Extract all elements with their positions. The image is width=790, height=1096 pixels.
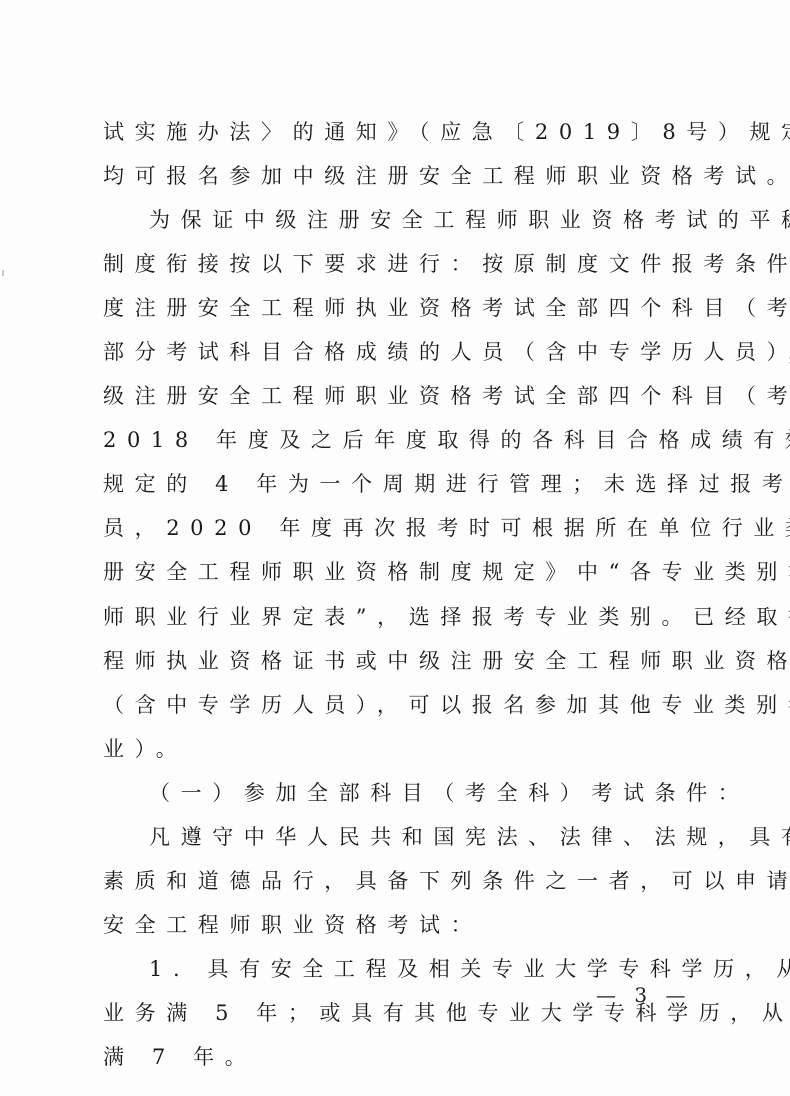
text-line: 师职业行业界定表”，选择报考专业类别。已经取得注册安全工 (103, 595, 693, 639)
text-line: 均可报名参加中级注册安全工程师职业资格考试。 (103, 154, 693, 198)
page-number: — 3 — (596, 983, 691, 1007)
text-line: 为保证中级注册安全工程师职业资格考试的平稳过渡，新旧 (103, 198, 693, 242)
text-line: 部分考试科目合格成绩的人员（含中专学历人员），继续报考中 (103, 330, 693, 374)
section-heading: （一）参加全部科目（考全科）考试条件： (103, 771, 693, 815)
paragraph-transition: 为保证中级注册安全工程师职业资格考试的平稳过渡，新旧 制度衔接按以下要求进行：按… (103, 198, 693, 771)
text-line: 素质和道德品行，具备下列条件之一者，可以申请参加中级注册 (103, 859, 693, 903)
paragraph-continuation: 试实施办法〉的通知》（应急〔2019〕8号）规定条件的人员， 均可报名参加中级注… (103, 110, 693, 198)
text-line: 程师执业资格证书或中级注册安全工程师职业资格证书的人员 (103, 639, 693, 683)
paragraph-general-conditions: 凡遵守中华人民共和国宪法、法律、法规，具有良好的业务 素质和道德品行，具备下列条… (103, 815, 693, 947)
text-line: 规定的 4 年为一个周期进行管理；未选择过报考专业类别的人 (103, 462, 693, 506)
text-line: 试实施办法〉的通知》（应急〔2019〕8号）规定条件的人员， (103, 110, 693, 154)
scan-artifact (2, 270, 4, 276)
text-line: 满 7 年。 (103, 1035, 693, 1079)
text-line: 员，2020 年度再次报考时可根据所在单位行业类别，参考《注 (103, 506, 693, 550)
text-line: 安全工程师职业资格考试： (103, 903, 693, 947)
document-body: 试实施办法〉的通知》（应急〔2019〕8号）规定条件的人员， 均可报名参加中级注… (103, 110, 693, 1079)
document-page: 试实施办法〉的通知》（应急〔2019〕8号）规定条件的人员， 均可报名参加中级注… (0, 0, 790, 1096)
heading-text: （一）参加全部科目（考全科）考试条件： (103, 771, 693, 815)
text-line: 册安全工程师职业资格制度规定》中“各专业类别注册安全工程 (103, 550, 693, 594)
text-line: 2018 年度及之后年度取得的各科目合格成绩有效期均按新制度 (103, 418, 693, 462)
text-line: （含中专学历人员），可以报名参加其他专业类别考试（增报专 (103, 683, 693, 727)
text-line: 级注册安全工程师职业资格考试全部四个科目（考全科）时，其 (103, 374, 693, 418)
paragraph-condition-1: 1. 具有安全工程及相关专业大学专科学历，从事安全生产 业务满 5 年；或具有其… (103, 947, 693, 1079)
text-line: 度注册安全工程师执业资格考试全部四个科目（考全科）且取得 (103, 286, 693, 330)
text-line: 制度衔接按以下要求进行：按原制度文件报考条件报考 2018 年 (103, 242, 693, 286)
text-line: 业）。 (103, 727, 693, 771)
text-line: 凡遵守中华人民共和国宪法、法律、法规，具有良好的业务 (103, 815, 693, 859)
